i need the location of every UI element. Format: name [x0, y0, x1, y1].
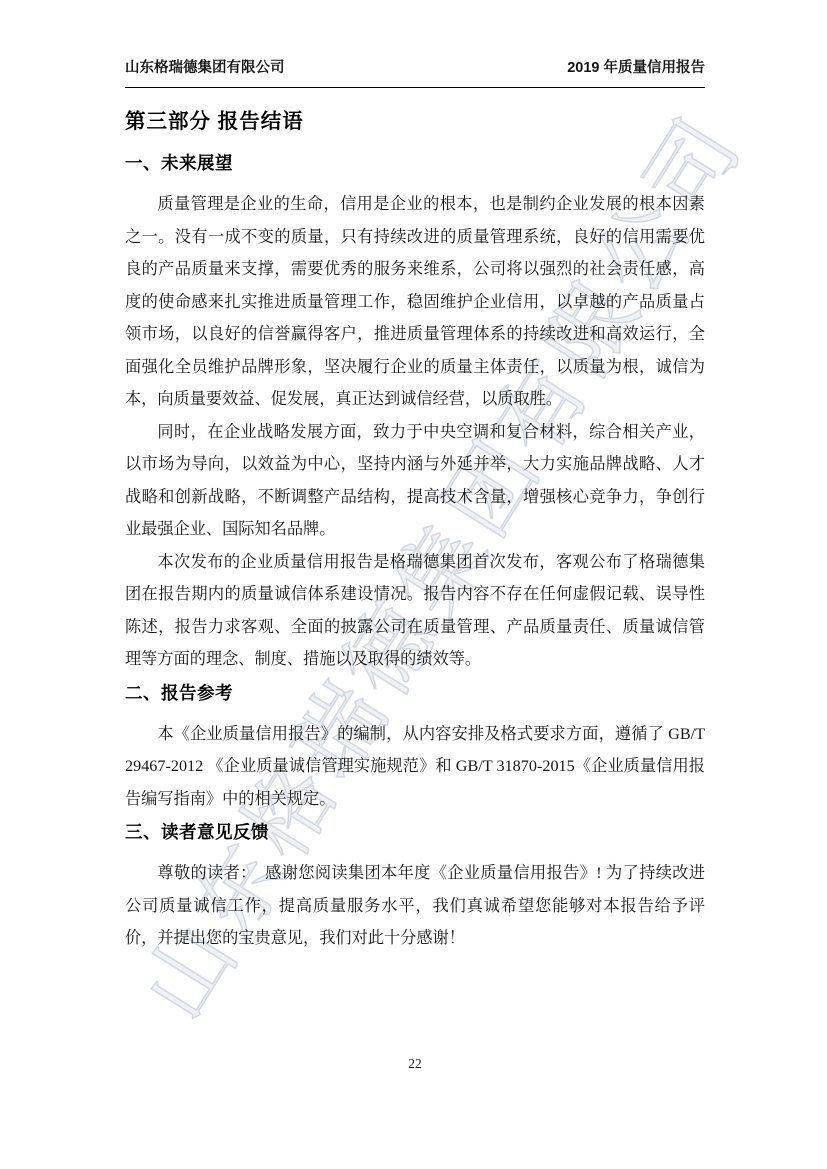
- body-paragraph: 本次发布的企业质量信用报告是格瑞德集团首次发布，客观公布了格瑞德集团在报告期内的…: [125, 546, 705, 676]
- header-report-title: 2019 年质量信用报告: [567, 57, 705, 79]
- page-number: 22: [125, 1056, 705, 1072]
- page-header: 山东格瑞德集团有限公司 2019 年质量信用报告: [125, 57, 705, 88]
- part-title: 第三部分 报告结语: [125, 108, 705, 136]
- body-paragraph: 质量管理是企业的生命，信用是企业的根本，也是制约企业发展的根本因素之一。没有一成…: [125, 188, 705, 416]
- section-heading: 二、报告参考: [125, 680, 705, 706]
- header-company-name: 山东格瑞德集团有限公司: [125, 57, 285, 79]
- report-section: 三、读者意见反馈尊敬的读者： 感谢您阅读集团本年度《企业质量信用报告》! 为了持…: [125, 819, 705, 955]
- report-sections: 一、未来展望质量管理是企业的生命，信用是企业的根本，也是制约企业发展的根本因素之…: [125, 150, 705, 955]
- document-page: 山东格瑞德集团有限公司 山东格瑞德集团有限公司 2019 年质量信用报告 第三部…: [0, 0, 827, 1169]
- section-heading: 一、未来展望: [125, 150, 705, 176]
- report-section: 二、报告参考本《企业质量信用报告》的编制，从内容安排及格式要求方面，遵循了 GB…: [125, 680, 705, 816]
- body-paragraph: 同时，在企业战略发展方面，致力于中央空调和复合材料，综合相关产业，以市场为导向，…: [125, 416, 705, 546]
- body-paragraph: 尊敬的读者： 感谢您阅读集团本年度《企业质量信用报告》! 为了持续改进公司质量诚…: [125, 857, 705, 955]
- report-section: 一、未来展望质量管理是企业的生命，信用是企业的根本，也是制约企业发展的根本因素之…: [125, 150, 705, 676]
- section-heading: 三、读者意见反馈: [125, 819, 705, 845]
- document-body: 第三部分 报告结语 一、未来展望质量管理是企业的生命，信用是企业的根本，也是制约…: [125, 108, 705, 955]
- body-paragraph: 本《企业质量信用报告》的编制，从内容安排及格式要求方面，遵循了 GB/T 294…: [125, 718, 705, 816]
